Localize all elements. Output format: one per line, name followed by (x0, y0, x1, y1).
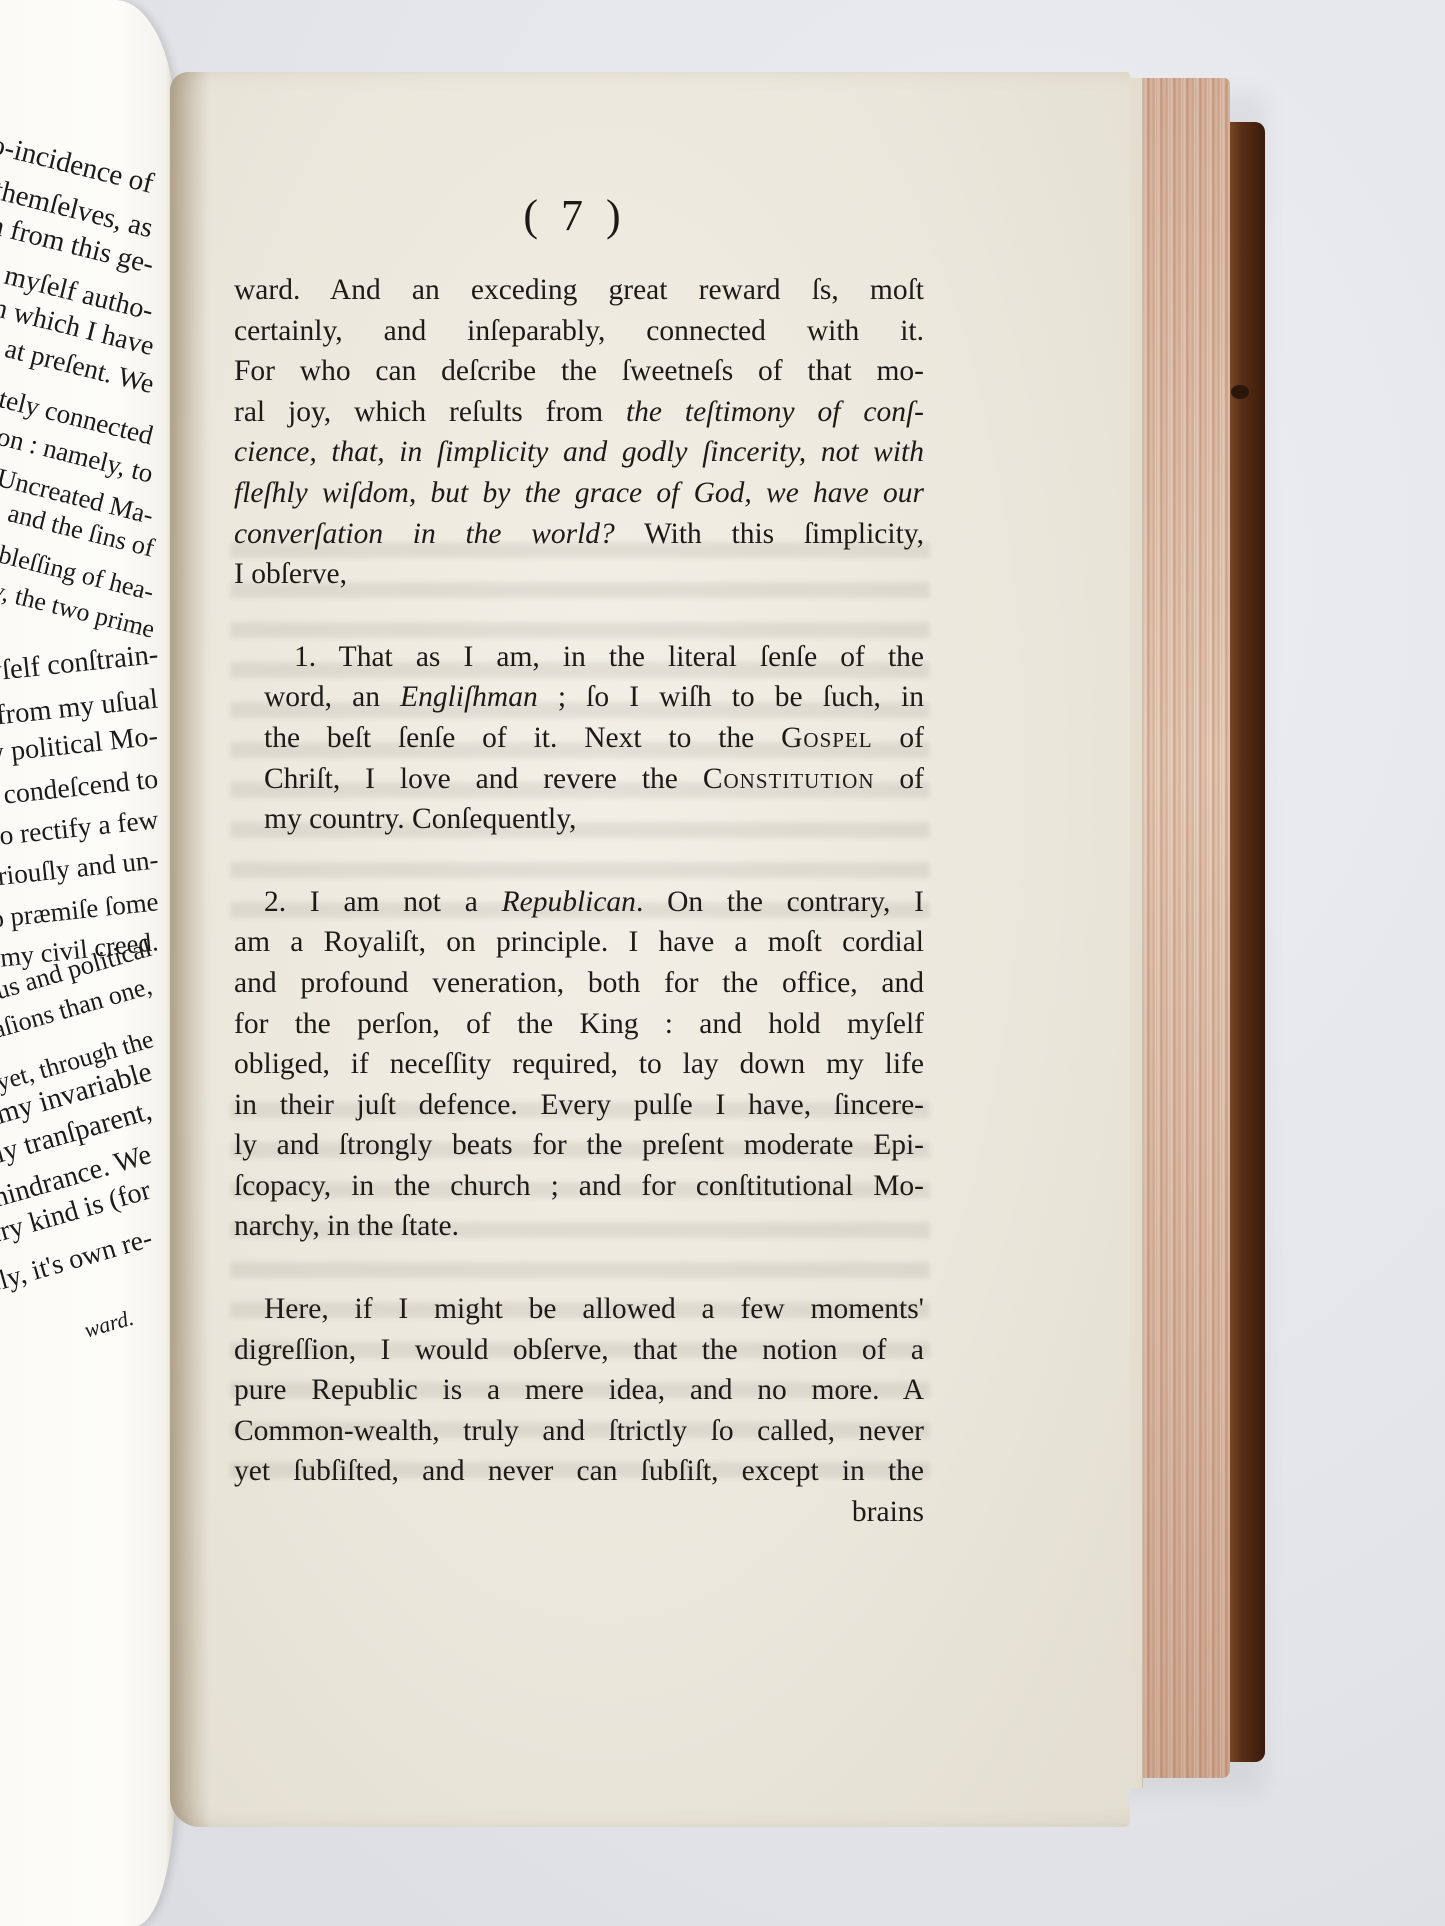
text-line: yet ſubſiſted, and never can ſubſiſt, ex… (234, 1451, 924, 1492)
text-line: in their juſt defence. Every pulſe I hav… (234, 1085, 924, 1126)
text-italic: the teſtimony of conſ- (626, 396, 924, 428)
text-line: Here, if I might be allowed a few moment… (234, 1289, 924, 1330)
left-page: a co-incidence ofn in themſelves, astion… (0, 0, 175, 1926)
text-line: am a Royaliſt, on principle. I have a mo… (234, 922, 924, 963)
text-roman: the beſt ſenſe of it. Next to the (264, 722, 781, 754)
text-line: for the perſon, of the King : and hold m… (234, 1004, 924, 1045)
text-line: Common-wealth, truly and ſtrictly ſo cal… (234, 1411, 924, 1452)
text-line: word, an Engliſhman ; ſo I wiſh to be ſu… (234, 677, 924, 718)
page-body: ward. And an exceding great reward ſs, m… (234, 270, 924, 1533)
text-roman: of (874, 763, 924, 795)
text-line: and profound veneration, both for the of… (234, 963, 924, 1004)
text-line: 1. That as I am, in the literal ſenſe of… (234, 637, 924, 678)
text-roman: ; ſo I wiſh to be ſuch, in (538, 681, 924, 713)
left-page-line: ward. (81, 1305, 136, 1344)
text-line: I obſerve, (234, 554, 924, 595)
right-page: ( 7 ) ward. And an exceding great reward… (170, 72, 1130, 1827)
text-roman: ral joy, which reſults from (234, 396, 626, 428)
text-roman: 2. I am not a (264, 886, 502, 918)
text-line: the beſt ſenſe of it. Next to the Gospel… (234, 718, 924, 759)
book-fore-edge (1130, 78, 1230, 1778)
text-line: certainly, and inſeparably, connected wi… (234, 311, 924, 352)
text-italic: Republican (502, 886, 636, 918)
text-line: ly and ſtrongly beats for the preſent mo… (234, 1125, 924, 1166)
text-line: ſcopacy, in the church ; and for conſtit… (234, 1166, 924, 1207)
text-line: narchy, in the ſtate. (234, 1206, 924, 1247)
text-italic: cience, that, in ſimplicity and godly ſi… (234, 436, 924, 468)
page-number: ( 7 ) (170, 190, 920, 241)
catchword: brains (234, 1492, 924, 1533)
text-line: 2. I am not a Republican. On the contrar… (234, 882, 924, 923)
text-roman: Chriſt, I love and revere the (264, 763, 703, 795)
paragraph-2: 1. That as I am, in the literal ſenſe of… (234, 637, 924, 840)
text-italic: fleſhly wiſdom, but by the grace of God,… (234, 477, 924, 509)
text-line: ward. And an exceding great reward ſs, m… (234, 270, 924, 311)
text-line: For who can deſcribe the ſweetneſs of th… (234, 351, 924, 392)
text-line: fleſhly wiſdom, but by the grace of God,… (234, 473, 924, 514)
paragraph-1: ward. And an exceding great reward ſs, m… (234, 270, 924, 595)
text-line: obliged, if neceſſity required, to lay d… (234, 1044, 924, 1085)
text-roman: of (873, 722, 924, 754)
text-roman: . On the contrary, I (636, 886, 924, 918)
text-roman: word, an (264, 681, 400, 713)
text-italic: Engliſhman (400, 681, 538, 713)
paragraph-4: Here, if I might be allowed a few moment… (234, 1289, 924, 1533)
text-line: my country. Conſequently, (234, 799, 924, 840)
cover-tear (1231, 385, 1249, 399)
text-small-caps: Constitution (703, 763, 875, 795)
paragraph-3: 2. I am not a Republican. On the contrar… (234, 882, 924, 1247)
text-small-caps: Gospel (781, 722, 872, 754)
text-roman: With this ſimplicity, (615, 518, 924, 550)
text-line: ral joy, which reſults from the teſtimon… (234, 392, 924, 433)
text-line: converſation in the world? With this ſim… (234, 514, 924, 555)
text-line: cience, that, in ſimplicity and godly ſi… (234, 432, 924, 473)
text-italic: converſation in the world? (234, 518, 615, 550)
text-line: Chriſt, I love and revere the Constituti… (234, 759, 924, 800)
text-line: digreſſion, I would obſerve, that the no… (234, 1330, 924, 1371)
text-line: pure Republic is a mere idea, and no mor… (234, 1370, 924, 1411)
